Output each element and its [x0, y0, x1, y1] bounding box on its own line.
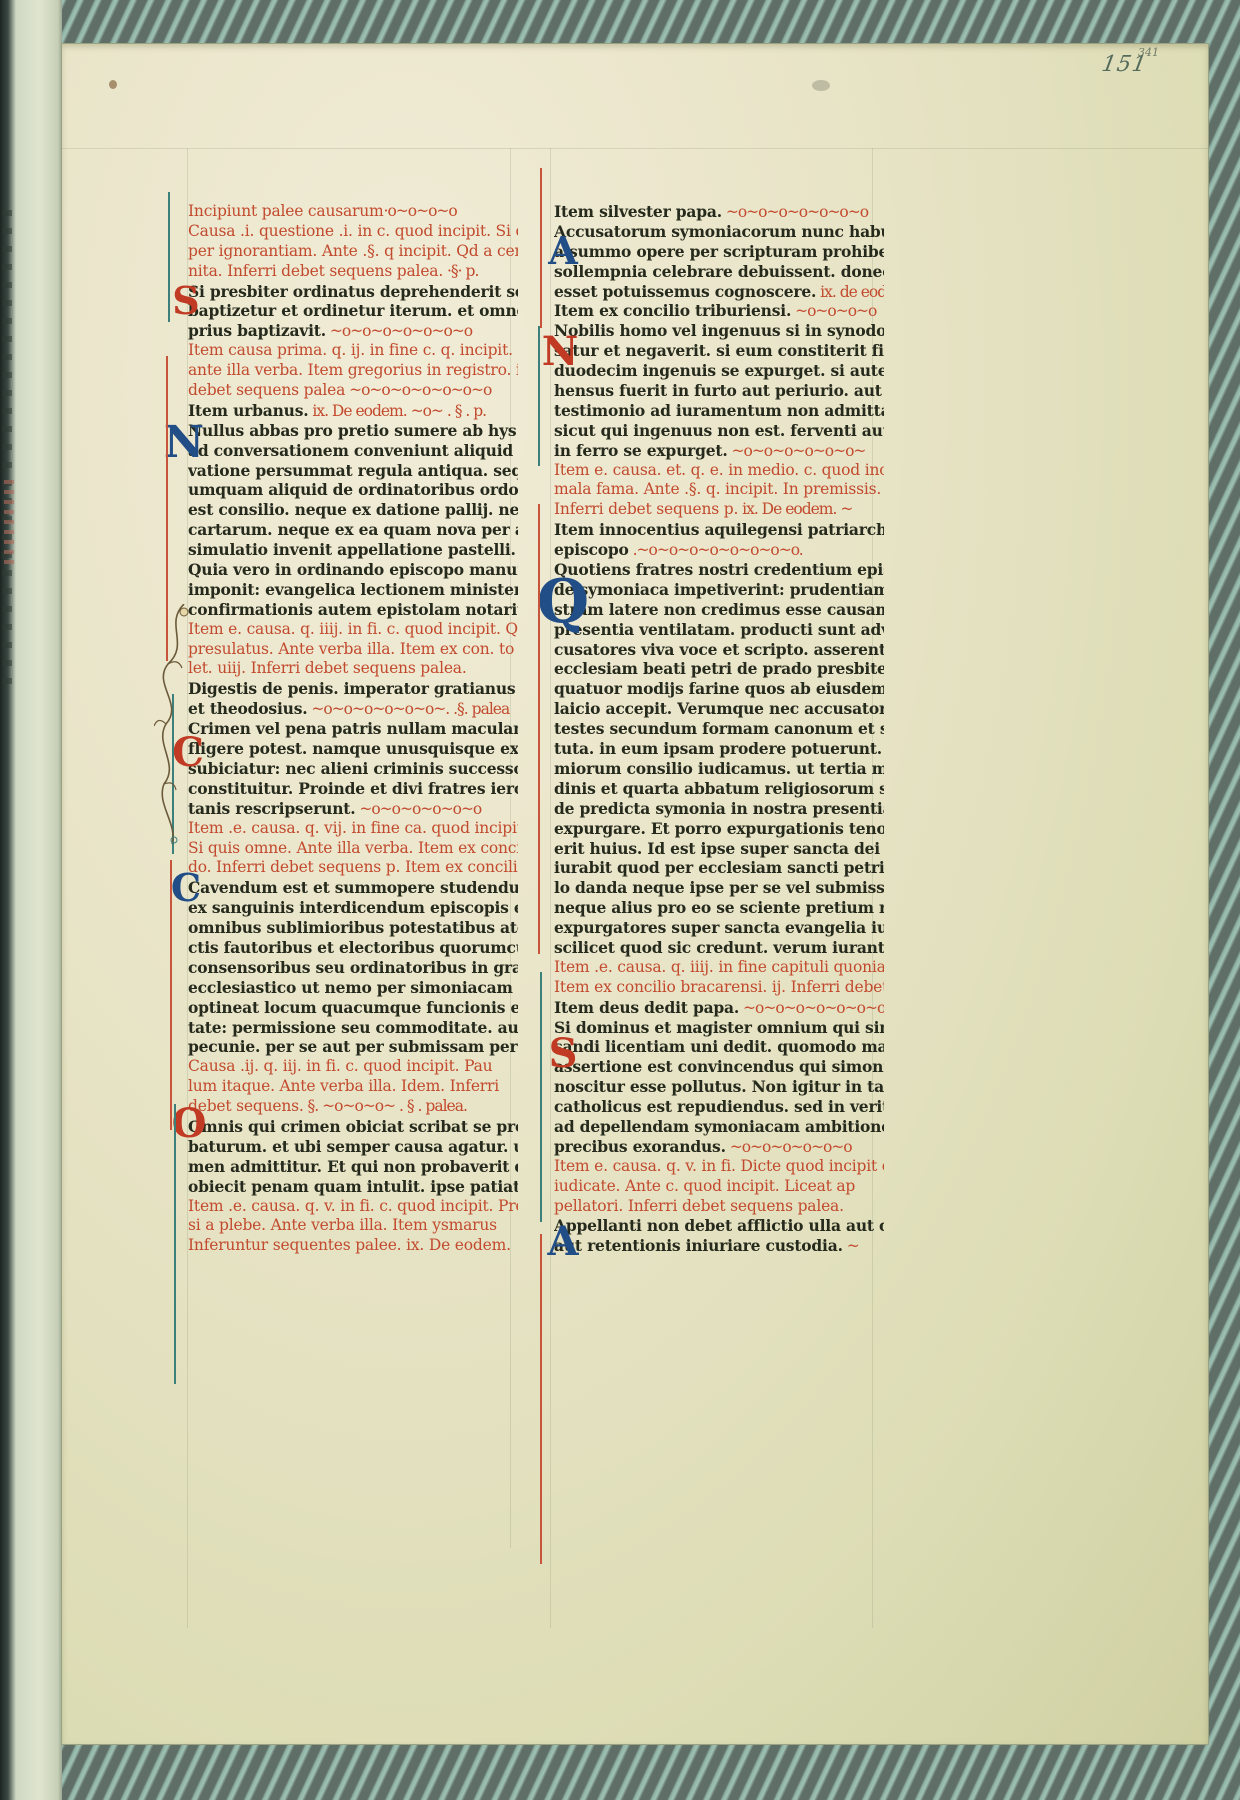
rubric-line: lum itaque. Ante verba illa. Idem. Infer… — [188, 1077, 518, 1097]
line-text: sandi licentiam uni dedit. quomodo magis… — [554, 1037, 884, 1056]
line-text: expurgatores super sancta evangelia iura… — [554, 918, 884, 937]
text-line: cusatores viva voce et scripto. asserent… — [554, 640, 884, 660]
text-line: de predicta symonia in nostra presentia … — [554, 799, 884, 819]
text-line: ecclesiastico ut nemo per simoniacam her… — [188, 978, 518, 998]
ink-spot — [109, 80, 117, 89]
text-line: simulatio invenit appellatione pastelli. — [188, 540, 518, 560]
text-line: noscitur esse pollutus. Non igitur in ta… — [554, 1077, 884, 1097]
rubric-line: Inferri debet sequens p. ix. De eodem. ~ — [554, 500, 884, 520]
text-line: Nullus abbas pro pretio sumere ab hys qu… — [188, 421, 518, 441]
line-text: constituitur. Proinde et divi fratres ie… — [188, 779, 518, 798]
line-text: dinis et quarta abbatum religiosorum sac… — [554, 779, 884, 798]
line-text: Item e. causa. q. iiij. in fi. c. quod i… — [188, 620, 518, 638]
line-text: Item .e. causa. q. v. in fi. c. quod inc… — [188, 1197, 518, 1215]
rubric-line: Si quis omne. Ante illa verba. Item ex c… — [188, 839, 518, 859]
initial-s-red-right: S — [552, 1032, 574, 1074]
text-line: catholicus est repudiendus. sed in verit… — [554, 1097, 884, 1117]
adjacent-page-text-traces — [2, 210, 12, 690]
folio-number: 151 341 — [1102, 52, 1147, 77]
line-text: assertione est convincendus qui simonis … — [554, 1057, 884, 1076]
line-text: hensus fuerit in furto aut periurio. aut… — [554, 381, 884, 400]
text-line: prius baptizavit. ~o~o~o~o~o~o~o — [188, 321, 518, 341]
line-text: presulatus. Ante verba illa. Item ex con… — [188, 640, 514, 658]
rubric-line: Item .e. causa. q. v. in fi. c. quod inc… — [188, 1197, 518, 1217]
line-text: expurgare. Et porro expurgationis tenor — [554, 819, 884, 838]
rubric-line: per ignorantiam. Ante .§. q incipit. Qd … — [188, 242, 518, 262]
text-line: Item urbanus. ix. De eodem. ~o~ . § . p. — [188, 401, 518, 421]
line-text: imponit: evangelica lectionem minister l… — [188, 580, 518, 599]
text-line: est consilio. neque ex datione pallij. n… — [188, 500, 518, 520]
line-text: prius baptizavit. — [188, 321, 326, 340]
text-line: de symoniaca impetiverint: prudentiam no — [554, 580, 884, 600]
folio-number-secondary: 341 — [1138, 46, 1159, 59]
line-text: laicio accepit. Verumque nec accusatores… — [554, 699, 884, 718]
line-text: Accusatorum symoniacorum nunc habuimus — [554, 222, 884, 241]
text-line: Si dominus et magister omnium qui sine p… — [554, 1018, 884, 1038]
line-text: et theodosius. — [188, 699, 307, 718]
text-line: satur et negaverit. si eum constiterit f… — [554, 341, 884, 361]
line-text: presentia ventilatam. producti sunt adve… — [554, 620, 884, 639]
line-text: catholicus est repudiendus. sed in verit… — [554, 1097, 884, 1116]
manuscript-folio: 151 341 Incipiunt palee causarum·o~o~o~o… — [62, 44, 1208, 1744]
text-line: ad depellendam symoniacam ambitionem mag… — [554, 1117, 884, 1137]
line-text: ad conversationem conveniunt aliquid pla… — [188, 441, 518, 460]
rubric-line: Inferuntur sequentes palee. ix. De eodem… — [188, 1236, 518, 1256]
rubric-line: Item e. causa. et. q. e. in medio. c. qu… — [554, 461, 884, 481]
line-text: testimonio ad iuramentum non admittatur.… — [554, 401, 884, 420]
line-text: iudicate. Ante c. quod incipit. Liceat a… — [554, 1177, 855, 1195]
line-text: ex sanguinis interdicendum episcopis et … — [188, 898, 518, 917]
text-line: Item deus dedit papa. ~o~o~o~o~o~o~o — [554, 998, 884, 1018]
line-text: Item urbanus. — [188, 401, 308, 420]
line-text: confirmationis autem epistolam notarius … — [188, 600, 518, 619]
initial-n-blue: N — [170, 420, 198, 464]
right-text-column: Item silvester papa. ~o~o~o~o~o~o~oAccus… — [554, 202, 884, 1256]
text-line: tuta. in eum ipsam prodere potuerunt. qu… — [554, 739, 884, 759]
line-text: est consilio. neque ex datione pallij. n… — [188, 500, 518, 519]
text-line: ecclesiam beati petri de prado presbiter… — [554, 659, 884, 679]
text-line: tate: permissione seu commoditate. aut d… — [188, 1018, 518, 1038]
line-text: si a plebe. Ante verba illa. Item ysmaru… — [188, 1216, 497, 1234]
adjacent-page-edge — [0, 0, 62, 1800]
line-text: men admittitur. Et qui non probaverit qu… — [188, 1157, 518, 1176]
initial-s-red: S — [176, 280, 196, 320]
line-text: Crimen vel pena patris nullam maculam fi… — [188, 719, 518, 738]
line-text: Item e. causa. q. v. in fi. Dicte quod i… — [554, 1157, 884, 1175]
line-filler-ornament: ~o~o~o~o — [791, 302, 876, 320]
text-line: testes secundum formam canonum et sancto… — [554, 719, 884, 739]
text-line: stram latere non credimus esse causam ta… — [554, 600, 884, 620]
text-line: ad conversationem conveniunt aliquid pla… — [188, 441, 518, 461]
text-line: Quotiens fratres nostri credentium episc… — [554, 560, 884, 580]
line-text: Causa .i. questione .i. in c. quod incip… — [188, 222, 518, 240]
penwork-flourish — [538, 326, 540, 466]
line-filler-ornament: ·§· p. — [443, 262, 478, 280]
line-text: lum itaque. Ante verba illa. Idem. Infer… — [188, 1077, 499, 1095]
line-text: neque alius pro eo se sciente pretium re… — [554, 898, 884, 917]
line-text: simulatio invenit appellatione pastelli. — [188, 540, 516, 559]
line-text: nita. Inferri debet sequens palea. — [188, 262, 443, 280]
line-text: tanis rescripserunt. — [188, 799, 355, 818]
line-text: baptizetur et ordinetur iterum. et omnes… — [188, 301, 518, 320]
text-line: confirmationis autem epistolam notarius … — [188, 600, 518, 620]
line-text: iurabit quod per ecclesiam sancti petri … — [554, 858, 884, 877]
line-text: in ferro se expurget. — [554, 441, 728, 460]
line-text: erit huius. Id est ipse super sancta dei… — [554, 839, 884, 858]
line-text: testes secundum formam canonum et sancto… — [554, 719, 884, 738]
rubric-line: do. Inferri debet sequens p. Item ex con… — [188, 858, 518, 878]
line-text: ecclesiastico ut nemo per simoniacam her… — [188, 978, 518, 997]
line-filler-ornament: ix. De eodem. ~ — [738, 500, 852, 518]
line-filler-ornament: ·o~o~o~o — [384, 202, 457, 220]
line-text: Causa .ij. q. iij. in fi. c. quod incipi… — [188, 1057, 492, 1075]
text-line: omnibus sublimioribus potestatibus atque… — [188, 918, 518, 938]
rubric-line: Causa .ij. q. iij. in fi. c. quod incipi… — [188, 1057, 518, 1077]
rubric-line: Item e. causa. q. v. in fi. Dicte quod i… — [554, 1157, 884, 1177]
rubric-line: Causa .i. questione .i. in c. quod incip… — [188, 222, 518, 242]
rubric-line: presulatus. Ante verba illa. Item ex con… — [188, 640, 518, 660]
text-line: miorum consilio iudicamus. ut tertia man… — [554, 759, 884, 779]
line-text: ecclesiam beati petri de prado presbiter… — [554, 659, 884, 678]
line-text: Digestis de penis. imperator gratianus — [188, 679, 515, 698]
text-line: Quia vero in ordinando episcopo manum po… — [188, 560, 518, 580]
rubric-line: pellatori. Inferri debet sequens palea. — [554, 1197, 884, 1217]
text-line: Nobilis homo vel ingenuus si in synodo a… — [554, 321, 884, 341]
rubric-line: si a plebe. Ante verba illa. Item ysmaru… — [188, 1216, 518, 1236]
line-filler-ornament: ~o~o~o~o~o~o~o — [345, 381, 491, 399]
line-filler-ornament: ~o~o~o~o~o~o~ — [728, 442, 866, 460]
penwork-flourish — [170, 860, 172, 1130]
line-filler-ornament: ix. De eodem. ~o~ . § . p. — [308, 402, 486, 420]
text-line: fligere potest. namque unusquisque ex su… — [188, 739, 518, 759]
line-text: cartarum. neque ex ea quam nova per ambi… — [188, 520, 518, 539]
line-text: Inferuntur sequentes palee. ix. De eodem… — [188, 1236, 511, 1254]
text-line: hensus fuerit in furto aut periurio. aut… — [554, 381, 884, 401]
line-text: Item silvester papa. — [554, 202, 722, 221]
ink-blot — [812, 80, 830, 91]
line-filler-ornament: ~o~o~o~o~o~o~o — [739, 999, 884, 1017]
text-line: expurgatores super sancta evangelia iura… — [554, 918, 884, 938]
line-text: ad depellendam symoniacam ambitionem mag… — [554, 1117, 884, 1136]
text-line: erit huius. Id est ipse super sancta dei… — [554, 839, 884, 859]
text-line: testimonio ad iuramentum non admittatur.… — [554, 401, 884, 421]
text-line: quatuor modijs farine quos ab eiusdem ec… — [554, 679, 884, 699]
initial-o-red: O — [178, 1102, 200, 1144]
text-line: subiciatur: nec alieni criminis successo… — [188, 759, 518, 779]
line-text: debet sequens palea — [188, 381, 345, 399]
text-line: Si presbiter ordinatus deprehenderit se … — [188, 282, 518, 302]
line-text: subiciatur: nec alieni criminis successo… — [188, 759, 518, 778]
text-line: Appellanti non debet afflictio ulla aut … — [554, 1216, 884, 1236]
text-line: Cavendum est et summopere studendum ac p… — [188, 878, 518, 898]
text-line: assertione est convincendus qui simonis … — [554, 1057, 884, 1077]
text-line: lo danda neque ipse per se vel submissam… — [554, 878, 884, 898]
line-text: Item causa prima. q. ij. in fine c. q. i… — [188, 341, 518, 359]
text-line: aut retentionis iniuriare custodia. ~ — [554, 1236, 884, 1256]
line-text: Item .e. causa. q. vij. in fine ca. quod… — [188, 819, 518, 837]
text-line: sollempnia celebrare debuissent. donec q… — [554, 262, 884, 282]
text-line: Omnis qui crimen obiciat scribat se pro — [188, 1117, 518, 1137]
line-text: Item e. causa. et. q. e. in medio. c. qu… — [554, 461, 884, 479]
left-text-column: Incipiunt palee causarum·o~o~o~oCausa .i… — [188, 202, 518, 1256]
line-text: miorum consilio iudicamus. ut tertia man… — [554, 759, 884, 778]
line-text: umquam aliquid de ordinatoribus ordo acc… — [188, 480, 518, 499]
initial-a-blue-bottom: A — [552, 1220, 574, 1262]
line-text: de symoniaca impetiverint: prudentiam no — [554, 580, 884, 599]
line-text: aut retentionis iniuriare custodia. — [554, 1236, 843, 1255]
text-line: optineat locum quacumque funcionis est c… — [188, 998, 518, 1018]
text-line: a summo opere per scripturam prohibere n… — [554, 242, 884, 262]
rubric-line: Item causa prima. q. ij. in fine c. q. i… — [188, 341, 518, 361]
line-text: Inferri debet sequens p. — [554, 500, 738, 518]
line-text: optineat locum quacumque funcionis est c… — [188, 998, 518, 1017]
line-text: Si presbiter ordinatus deprehenderit se … — [188, 282, 518, 301]
text-line: esset potuissemus cognoscere. ix. de eod… — [554, 282, 884, 302]
text-line: baturum. et ubi semper causa agatur. u c — [188, 1137, 518, 1157]
text-line: pecunie. per se aut per submissam person… — [188, 1037, 518, 1057]
line-text: precibus exorandus. — [554, 1137, 726, 1156]
line-text: ctis fautoribus et electoribus quorumcum… — [188, 938, 518, 957]
line-text: baturum. et ubi semper causa agatur. u c — [188, 1137, 518, 1156]
text-line: sandi licentiam uni dedit. quomodo magis… — [554, 1037, 884, 1057]
line-filler-ornament: ~o~o~o~o~o~o~o — [326, 322, 472, 340]
line-text: Item ex concilio triburiensi. — [554, 301, 791, 320]
text-line: umquam aliquid de ordinatoribus ordo acc… — [188, 480, 518, 500]
line-filler-ornament: ix. de eod. — [816, 283, 884, 301]
rubric-line: Item .e. causa. q. iiij. in fine capitul… — [554, 958, 884, 978]
line-text: quatuor modijs farine quos ab eiusdem ec… — [554, 679, 884, 698]
text-line: et theodosius. ~o~o~o~o~o~o~. .§. palea — [188, 699, 518, 719]
text-line: cartarum. neque ex ea quam nova per ambi… — [188, 520, 518, 540]
text-line: tanis rescripserunt. ~o~o~o~o~o~o — [188, 799, 518, 819]
penwork-flourish — [538, 504, 540, 954]
line-filler-ornament: ~o~o~o~o~o~o — [355, 800, 481, 818]
line-filler-ornament: ~o~o~o~o~o~o — [726, 1138, 852, 1156]
line-text: Quia vero in ordinando episcopo manum po… — [188, 560, 518, 579]
text-line: duodecim ingenuis se expurget. si autem … — [554, 361, 884, 381]
line-text: per ignorantiam. Ante .§. q incipit. Qd … — [188, 242, 518, 260]
rubric-line: Item .e. causa. q. vij. in fine ca. quod… — [188, 819, 518, 839]
line-text: do. Inferri debet sequens p. Item ex con… — [188, 858, 518, 876]
line-filler-ornament: ~ — [843, 1237, 859, 1255]
rubric-line: let. uiij. Inferri debet sequens palea. — [188, 659, 518, 679]
text-line: baptizetur et ordinetur iterum. et omnes… — [188, 301, 518, 321]
text-line: precibus exorandus. ~o~o~o~o~o~o — [554, 1137, 884, 1157]
text-line: ctis fautoribus et electoribus quorumcum… — [188, 938, 518, 958]
text-line: in ferro se expurget. ~o~o~o~o~o~o~ — [554, 441, 884, 461]
text-line: Item silvester papa. ~o~o~o~o~o~o~o — [554, 202, 884, 222]
text-line: episcopo .~o~o~o~o~o~o~o~o. — [554, 540, 884, 560]
text-line: consensoribus seu ordinatoribus in gradu — [188, 958, 518, 978]
line-text: tate: permissione seu commoditate. aut d… — [188, 1018, 518, 1037]
line-filler-ornament: .~o~o~o~o~o~o~o~o. — [629, 541, 803, 559]
adjacent-page-rubric-traces — [4, 480, 14, 570]
line-text: Si dominus et magister omnium qui sine p… — [554, 1018, 884, 1037]
line-text: cusatores viva voce et scripto. asserent… — [554, 640, 884, 659]
penwork-flourish — [540, 972, 542, 1222]
line-text: vatione persummat regula antiqua. sequen… — [188, 461, 518, 480]
text-line: Item innocentius aquilegensi patriarche … — [554, 520, 884, 540]
penwork-flourish — [168, 192, 170, 322]
line-text: let. uiij. Inferri debet sequens palea. — [188, 659, 467, 677]
line-filler-ornament: §. ~o~o~o~ . § . palea. — [304, 1097, 467, 1115]
penwork-flourish — [540, 1234, 542, 1564]
line-filler-ornament: ~o~o~o~o~o~o~. .§. palea — [307, 700, 509, 718]
line-text: Si quis omne. Ante illa verba. Item ex c… — [188, 839, 518, 857]
text-line: vatione persummat regula antiqua. sequen… — [188, 461, 518, 481]
line-text: satur et negaverit. si eum constiterit f… — [554, 341, 884, 360]
line-text: fligere potest. namque unusquisque ex su… — [188, 739, 518, 758]
line-text: sicut qui ingenuus non est. ferventi aut… — [554, 421, 884, 440]
line-text: Nobilis homo vel ingenuus si in synodo a… — [554, 321, 884, 340]
rubric-line: debet sequens. §. ~o~o~o~ . § . palea. — [188, 1097, 518, 1117]
initial-q-blue: Q — [552, 562, 574, 642]
line-text: mala fama. Ante .§. q. incipit. In premi… — [554, 480, 881, 498]
line-text: Item .e. causa. q. iiij. in fine capitul… — [554, 958, 884, 976]
rubric-line: nita. Inferri debet sequens palea. ·§· p… — [188, 262, 518, 282]
rubric-line: debet sequens palea ~o~o~o~o~o~o~o — [188, 381, 518, 401]
line-text: Item innocentius aquilegensi patriarche … — [554, 520, 884, 539]
initial-n-red: N — [548, 330, 572, 372]
line-text: Incipiunt palee causarum — [188, 202, 384, 220]
line-text: Item deus dedit papa. — [554, 998, 739, 1017]
line-text: de predicta symonia in nostra presentia … — [554, 799, 884, 818]
text-line: Item ex concilio triburiensi. ~o~o~o~o — [554, 301, 884, 321]
rubric-line: ante illa verba. Item gregorius in regis… — [188, 361, 518, 381]
rubric-line: iudicate. Ante c. quod incipit. Liceat a… — [554, 1177, 884, 1197]
text-line: presentia ventilatam. producti sunt adve… — [554, 620, 884, 640]
line-text: Quotiens fratres nostri credentium episc… — [554, 560, 884, 579]
line-text: lo danda neque ipse per se vel submissam… — [554, 878, 884, 897]
text-line: sicut qui ingenuus non est. ferventi aut… — [554, 421, 884, 441]
text-line: Digestis de penis. imperator gratianus — [188, 679, 518, 699]
line-text: ante illa verba. Item gregorius in regis… — [188, 361, 518, 379]
penwork-flourish — [174, 1104, 176, 1384]
line-text: noscitur esse pollutus. Non igitur in ta… — [554, 1077, 884, 1096]
text-line: Crimen vel pena patris nullam maculam fi… — [188, 719, 518, 739]
line-text: duodecim ingenuis se expurget. si autem … — [554, 361, 884, 380]
line-text: Item ex concilio bracarensi. ij. Inferri… — [554, 978, 884, 996]
text-line: obiecit penam quam intulit. ipse patiatu… — [188, 1177, 518, 1197]
line-text: pecunie. per se aut per submissam person… — [188, 1037, 518, 1056]
line-text: esset potuissemus cognoscere. — [554, 282, 816, 301]
rubric-line: Item e. causa. q. iiij. in fi. c. quod i… — [188, 620, 518, 640]
line-text: Nullus abbas pro pretio sumere ab hys qu… — [188, 421, 518, 440]
ruling-line-top — [62, 148, 1208, 149]
line-text: a summo opere per scripturam prohibere n… — [554, 242, 884, 261]
line-text: scilicet quod sic credunt. verum iurant. — [554, 938, 884, 957]
line-text: pellatori. Inferri debet sequens palea. — [554, 1197, 844, 1215]
text-line: dinis et quarta abbatum religiosorum sac… — [554, 779, 884, 799]
rubric-line: mala fama. Ante .§. q. incipit. In premi… — [554, 480, 884, 500]
text-line: iurabit quod per ecclesiam sancti petri … — [554, 858, 884, 878]
text-line: imponit: evangelica lectionem minister l… — [188, 580, 518, 600]
text-line: ex sanguinis interdicendum episcopis et … — [188, 898, 518, 918]
rubric-line: Item ex concilio bracarensi. ij. Inferri… — [554, 978, 884, 998]
line-text: sollempnia celebrare debuissent. donec q… — [554, 262, 884, 281]
line-filler-ornament: ~o~o~o~o~o~o~o — [722, 203, 868, 221]
text-line: expurgare. Et porro expurgationis tenor — [554, 819, 884, 839]
penwork-flourish — [540, 168, 542, 328]
line-text: obiecit penam quam intulit. ipse patiatu… — [188, 1177, 518, 1196]
foliate-vine-ornament — [154, 604, 194, 844]
line-text: tuta. in eum ipsam prodere potuerunt. qu… — [554, 739, 884, 758]
text-line: neque alius pro eo se sciente pretium re… — [554, 898, 884, 918]
text-line: laicio accepit. Verumque nec accusatores… — [554, 699, 884, 719]
text-line: Accusatorum symoniacorum nunc habuimus — [554, 222, 884, 242]
text-line: constituitur. Proinde et divi fratres ie… — [188, 779, 518, 799]
rubric-line: Incipiunt palee causarum·o~o~o~o — [188, 202, 518, 222]
line-text: stram latere non credimus esse causam ta… — [554, 600, 884, 619]
initial-a-blue: A — [552, 230, 574, 270]
line-text: omnibus sublimioribus potestatibus atque… — [188, 918, 518, 937]
text-line: men admittitur. Et qui non probaverit qu… — [188, 1157, 518, 1177]
line-text: Appellanti non debet afflictio ulla aut … — [554, 1216, 884, 1235]
line-text: Omnis qui crimen obiciat scribat se pro — [188, 1117, 518, 1136]
line-text: consensoribus seu ordinatoribus in gradu — [188, 958, 518, 977]
line-text: episcopo — [554, 540, 629, 559]
line-text: Cavendum est et summopere studendum ac p… — [188, 878, 518, 897]
text-line: scilicet quod sic credunt. verum iurant.… — [554, 938, 884, 958]
initial-c-blue: C — [176, 867, 196, 907]
